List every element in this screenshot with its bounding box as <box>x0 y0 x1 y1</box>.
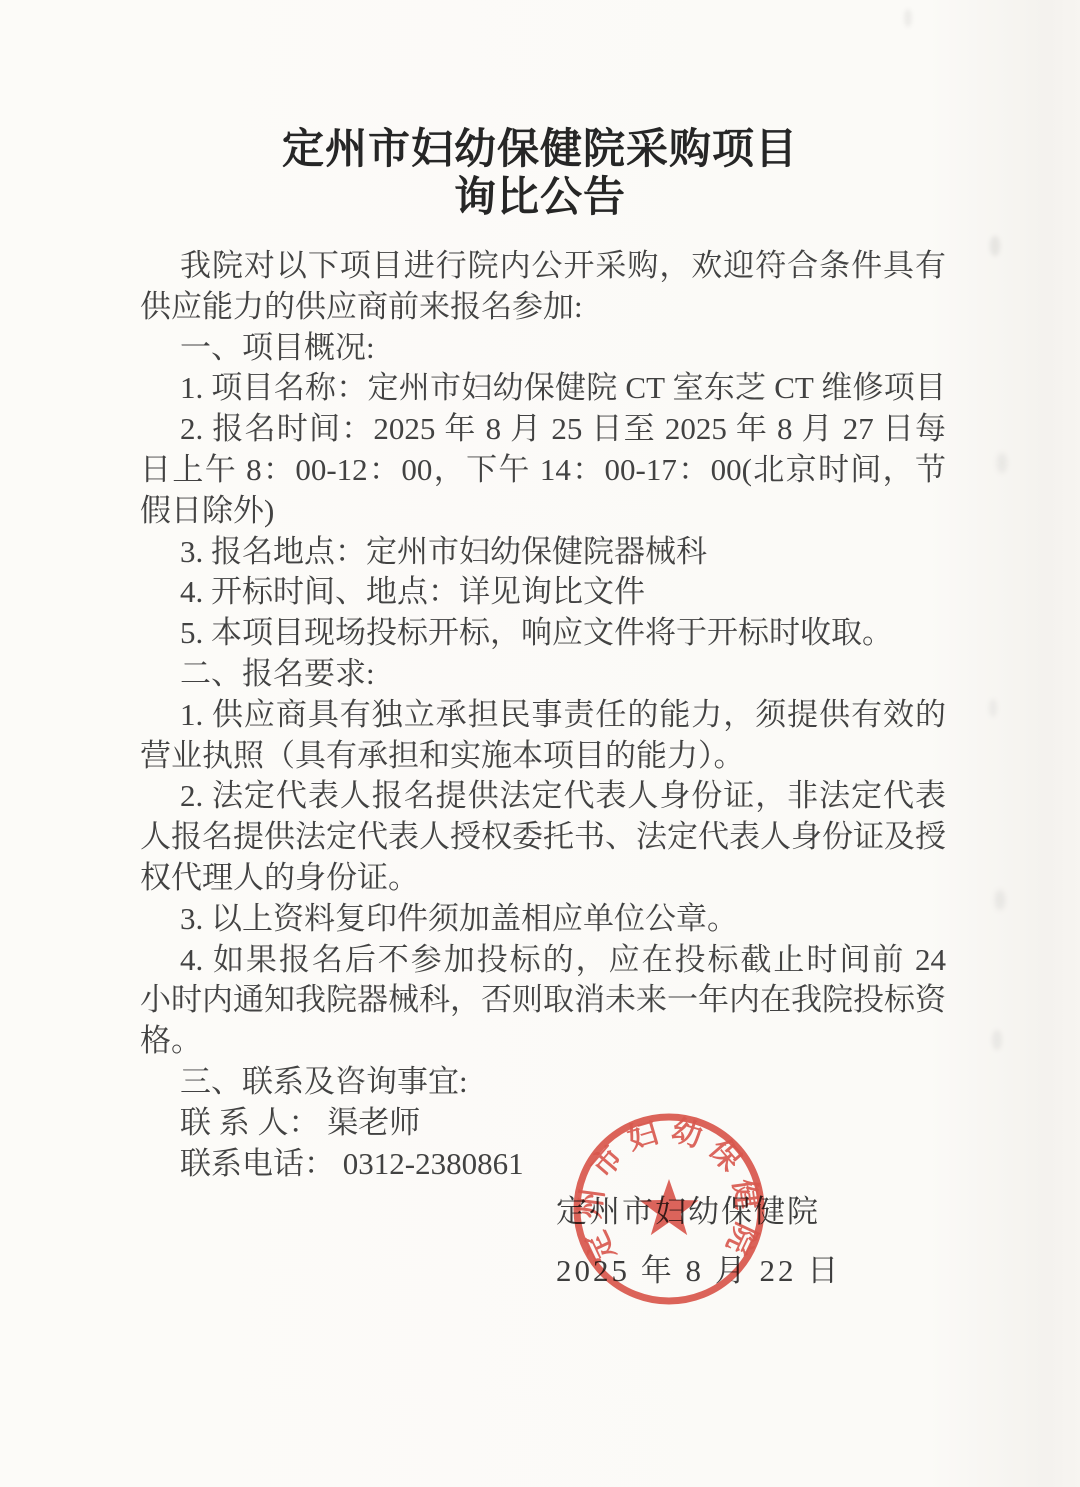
body-line: 我院对以下项目进行院内公开采购，欢迎符合条件具有 <box>140 246 946 287</box>
doc-body: 我院对以下项目进行院内公开采购，欢迎符合条件具有供应能力的供应商前来报名参加:一… <box>140 246 946 1184</box>
body-line: 日上午 8：00-12：00，下午 14：00-17：00(北京时间，节 <box>140 450 946 491</box>
body-line: 权代理人的身份证。 <box>140 858 946 899</box>
body-line: 一、项目概况: <box>140 328 946 369</box>
body-line: 4. 开标时间、地点：详见询比文件 <box>140 572 946 613</box>
document-page: 定州市妇幼保健院采购项目 询比公告 我院对以下项目进行院内公开采购，欢迎符合条件… <box>0 0 1080 1487</box>
scan-noise <box>0 0 6 16</box>
body-line: 格。 <box>140 1021 946 1062</box>
official-seal: 定州市妇幼保健院 <box>566 1106 772 1312</box>
body-line: 二、报名要求: <box>140 654 946 695</box>
body-line: 1. 项目名称：定州市妇幼保健院 CT 室东芝 CT 维修项目 <box>140 368 946 409</box>
doc-title-line2: 询比公告 <box>0 164 1080 224</box>
body-line: 3. 以上资料复印件须加盖相应单位公章。 <box>140 899 946 940</box>
body-line: 2. 报名时间：2025 年 8 月 25 日至 2025 年 8 月 27 日… <box>140 409 946 450</box>
body-line: 联 系 人： 渠老师 <box>140 1103 946 1144</box>
body-line: 联系电话： 0312-2380861 <box>140 1144 946 1185</box>
star-icon <box>640 1179 699 1235</box>
body-line: 假日除外) <box>140 491 946 532</box>
body-line: 4. 如果报名后不参加投标的，应在投标截止时间前 24 <box>140 940 946 981</box>
body-line: 小时内通知我院器械科，否则取消未来一年内在我院投标资 <box>140 980 946 1021</box>
body-line: 人报名提供法定代表人授权委托书、法定代表人身份证及授 <box>140 817 946 858</box>
body-line: 3. 报名地点：定州市妇幼保健院器械科 <box>140 532 946 573</box>
body-line: 三、联系及咨询事宜: <box>140 1062 946 1103</box>
body-line: 1. 供应商具有独立承担民事责任的能力，须提供有效的 <box>140 695 946 736</box>
body-line: 供应能力的供应商前来报名参加: <box>140 287 946 328</box>
body-line: 营业执照（具有承担和实施本项目的能力）。 <box>140 736 946 777</box>
body-line: 5. 本项目现场投标开标，响应文件将于开标时收取。 <box>140 613 946 654</box>
body-line: 2. 法定代表人报名提供法定代表人身份证，非法定代表 <box>140 776 946 817</box>
